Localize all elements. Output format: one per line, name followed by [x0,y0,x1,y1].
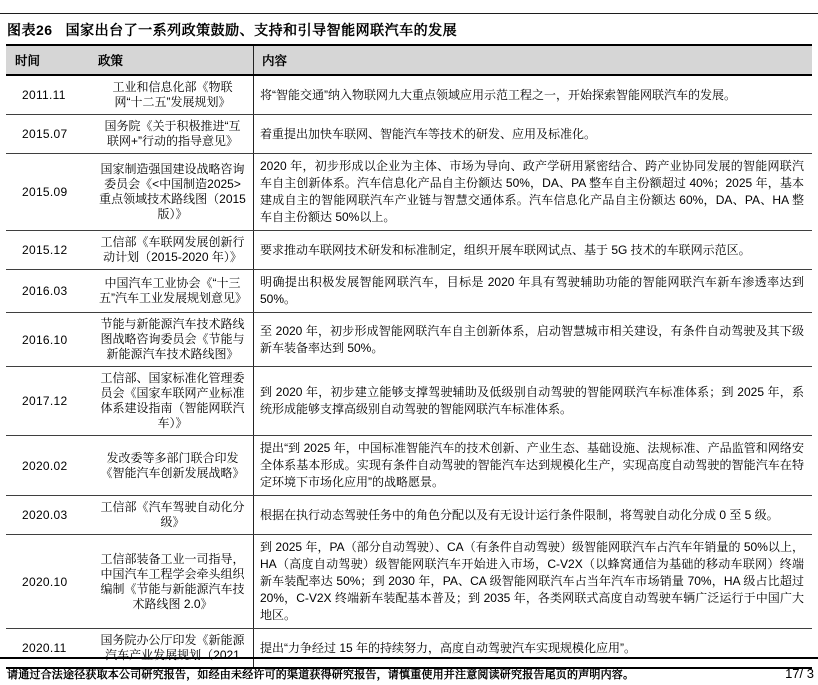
policy-time: 2015.09 [6,154,92,230]
table-row: 2015.12 工信部《车联网发展创新行动计划（2015-2020 年）》 要求… [6,231,812,270]
policy-name: 国家制造强国建设战略咨询委员会《<中国制造2025>重点领域技术路线图（2015… [92,154,254,230]
column-header-content: 内容 [254,46,812,74]
policy-content: 将“智能交通”纳入物联网九大重点领域应用示范工程之一，开始探索智能网联汽车的发展… [254,76,812,114]
policy-table: 时间 政策 内容 2011.11 工业和信息化部《物联网“十二五”发展规划》 将… [6,44,812,669]
policy-name: 发改委等多部门联合印发《智能汽车创新发展战略》 [92,436,254,495]
policy-time: 2016.03 [6,270,92,312]
footer: 请通过合法途径获取本公司研究报告，如经由未经许可的渠道获得研究报告，请慎重使用并… [7,666,814,682]
table-row: 2020.11 国务院办公厅印发《新能源汽车产业发展规划（2021 提出“力争经… [6,629,812,667]
policy-time: 2020.03 [6,496,92,534]
policy-time: 2016.10 [6,313,92,366]
table-row: 2016.10 节能与新能源汽车技术路线图战略咨询委员会《节能与新能源汽车技术路… [6,313,812,367]
policy-content: 到 2020 年，初步建立能够支撑驾驶辅助及低级别自动驾驶的智能网联汽车标准体系… [254,367,812,435]
policy-time: 2017.12 [6,367,92,435]
policy-name: 工信部《车联网发展创新行动计划（2015-2020 年）》 [92,231,254,269]
figure-title-label: 图表26 [7,20,53,40]
policy-time: 2015.12 [6,231,92,269]
policy-name: 工业和信息化部《物联网“十二五”发展规划》 [92,76,254,114]
policy-content: 提出“到 2025 年，中国标准智能汽车的技术创新、产业生态、基础设施、法规标准… [254,436,812,495]
policy-time: 2020.02 [6,436,92,495]
policy-name: 国务院《关于积极推进“互联网+”行动的指导意见》 [92,115,254,153]
footer-disclaimer: 请通过合法途径获取本公司研究报告，如经由未经许可的渠道获得研究报告，请慎重使用并… [7,666,634,682]
column-header-time: 时间 [6,46,92,74]
policy-content: 着重提出加快车联网、智能汽车等技术的研发、应用及标准化。 [254,115,812,153]
policy-name: 工信部装备工业一司指导，中国汽车工程学会牵头组织编制《节能与新能源汽车技术路线图… [92,535,254,628]
policy-content: 2020 年，初步形成以企业为主体、市场为导向、政产学研用紧密结合、跨产业协同发… [254,154,812,230]
table-row: 2015.07 国务院《关于积极推进“互联网+”行动的指导意见》 着重提出加快车… [6,115,812,154]
policy-name: 中国汽车工业协会《“十三五”汽车工业发展规划意见》 [92,270,254,312]
policy-content: 明确提出积极发展智能网联汽车，目标是 2020 年具有驾驶辅助功能的智能网联汽车… [254,270,812,312]
table-row: 2011.11 工业和信息化部《物联网“十二五”发展规划》 将“智能交通”纳入物… [6,76,812,115]
policy-name: 节能与新能源汽车技术路线图战略咨询委员会《节能与新能源汽车技术路线图》 [92,313,254,366]
table-row: 2020.03 工信部《汽车驾驶自动化分级》 根据在执行动态驾驶任务中的角色分配… [6,496,812,535]
page-top-rule [0,13,818,14]
table-row: 2017.12 工信部、国家标准化管理委员会《国家车联网产业标准体系建设指南（智… [6,367,812,436]
policy-time: 2015.07 [6,115,92,153]
policy-content: 根据在执行动态驾驶任务中的角色分配以及有无设计运行条件限制，将驾驶自动化分成 0… [254,496,812,534]
policy-content: 至 2020 年，初步形成智能网联汽车自主创新体系，启动智慧城市相关建设，有条件… [254,313,812,366]
table-row: 2016.03 中国汽车工业协会《“十三五”汽车工业发展规划意见》 明确提出积极… [6,270,812,313]
table-header-row: 时间 政策 内容 [6,46,812,76]
figure-title-text: 国家出台了一系列政策鼓励、支持和引导智能网联汽车的发展 [66,20,458,40]
policy-name: 国务院办公厅印发《新能源汽车产业发展规划（2021 [92,629,254,667]
policy-content: 到 2025 年，PA（部分自动驾驶）、CA（有条件自动驾驶）级智能网联汽车占汽… [254,535,812,628]
footer-rule [0,657,818,659]
policy-content: 要求推动车联网技术研发和标准制定，组织开展车联网试点、基于 5G 技术的车联网示… [254,231,812,269]
policy-name: 工信部、国家标准化管理委员会《国家车联网产业标准体系建设指南（智能网联汽车）》 [92,367,254,435]
table-row: 2020.02 发改委等多部门联合印发《智能汽车创新发展战略》 提出“到 202… [6,436,812,496]
figure-title: 图表26 国家出台了一系列政策鼓励、支持和引导智能网联汽车的发展 [7,20,457,40]
table-body: 2011.11 工业和信息化部《物联网“十二五”发展规划》 将“智能交通”纳入物… [6,76,812,667]
column-header-policy: 政策 [92,46,254,74]
policy-content: 提出“力争经过 15 年的持续努力，高度自动驾驶汽车实现规模化应用”。 [254,629,812,667]
policy-time: 2020.11 [6,629,92,667]
table-row: 2015.09 国家制造强国建设战略咨询委员会《<中国制造2025>重点领域技术… [6,154,812,231]
policy-time: 2011.11 [6,76,92,114]
policy-name: 工信部《汽车驾驶自动化分级》 [92,496,254,534]
table-row: 2020.10 工信部装备工业一司指导，中国汽车工程学会牵头组织编制《节能与新能… [6,535,812,629]
page-number: 17/ 3 [777,666,814,681]
policy-time: 2020.10 [6,535,92,628]
